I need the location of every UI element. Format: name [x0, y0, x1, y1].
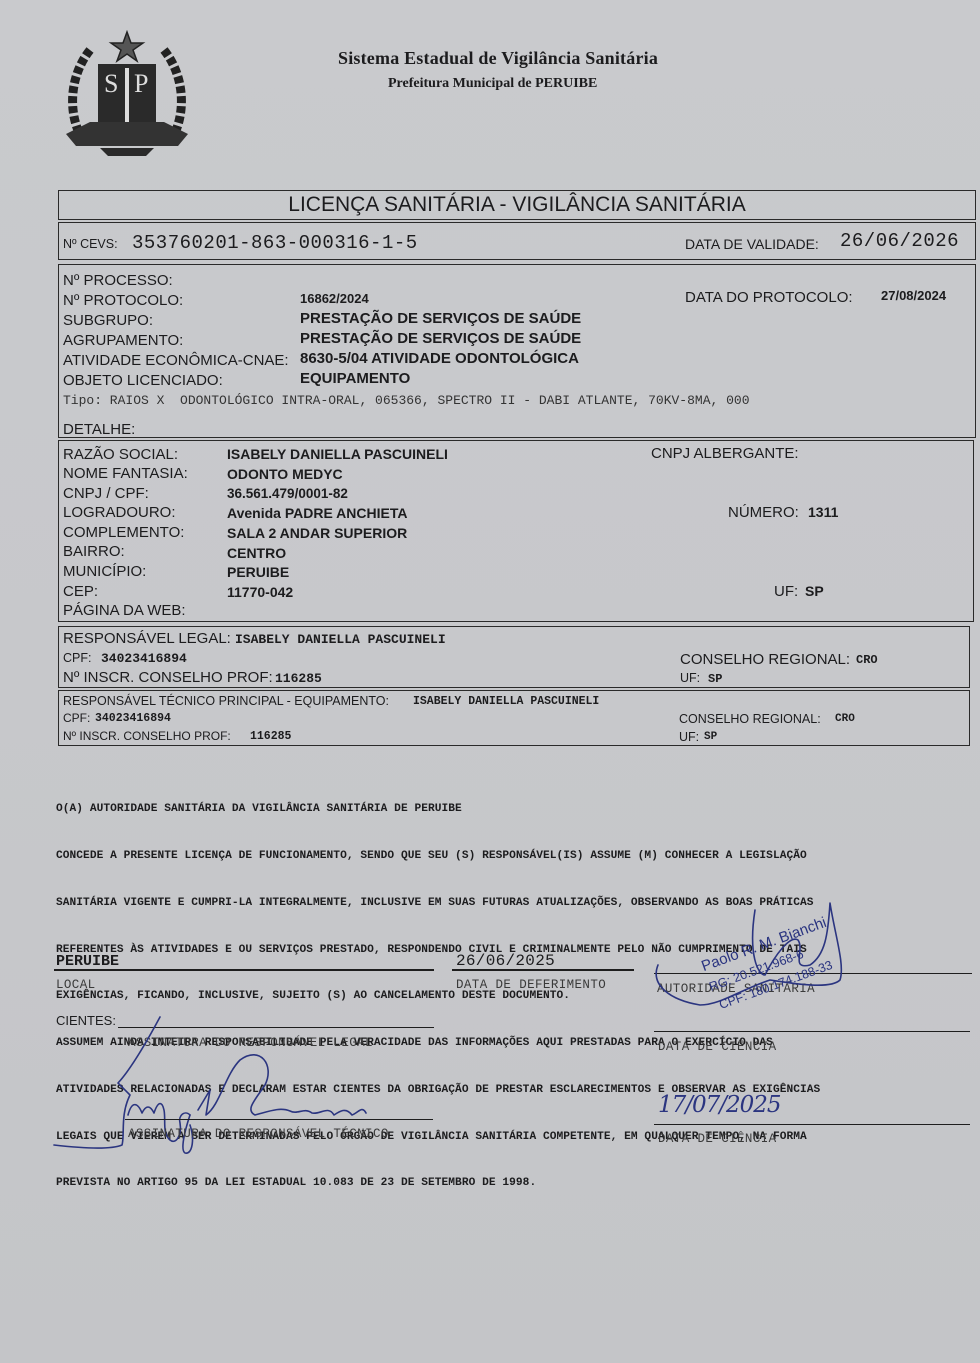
- legal-uf-label: UF:: [680, 671, 700, 685]
- cevs-box: Nº CEVS: 353760201-863-000316-1-5 DATA D…: [58, 222, 976, 260]
- ciencia-handwritten-date: 17/07/2025: [658, 1092, 781, 1118]
- legal-conselho-label: CONSELHO REGIONAL:: [680, 651, 850, 668]
- legal-conselho-value: CRO: [856, 653, 878, 667]
- legal-inscr-value: 116285: [275, 671, 322, 686]
- bairro-label: BAIRRO:: [63, 543, 125, 560]
- validity-value: 26/06/2026: [840, 230, 959, 252]
- tecnico-name: ISABELY DANIELLA PASCUINELI: [413, 695, 599, 708]
- municipality-subtitle: Prefeitura Municipal de PERUIBE: [388, 76, 597, 92]
- process-box: Nº PROCESSO: Nº PROTOCOLO: 16862/2024 DA…: [58, 264, 976, 438]
- cnpj-label: CNPJ / CPF:: [63, 485, 149, 502]
- tecnico-label: RESPONSÁVEL TÉCNICO PRINCIPAL - EQUIPAME…: [63, 694, 389, 708]
- coat-of-arms-icon: S P: [60, 30, 194, 160]
- svg-text:P: P: [134, 69, 148, 98]
- technical-signature-icon: [50, 1015, 380, 1165]
- legal-inscr-label: Nº INSCR. CONSELHO PROF:: [63, 669, 273, 686]
- tecnico-uf-value: SP: [704, 731, 717, 743]
- legal-name: ISABELY DANIELLA PASCUINELI: [235, 632, 446, 647]
- logradouro-label: LOGRADOURO:: [63, 504, 176, 521]
- ciencia-caption-2: DATA DE CIÊNCIA: [658, 1132, 777, 1146]
- cnae-value: 8630-5/04 ATIVIDADE ODONTOLÓGICA: [300, 350, 579, 367]
- fantasia-label: NOME FANTASIA:: [63, 465, 188, 482]
- complemento-label: COMPLEMENTO:: [63, 524, 184, 541]
- data-protocolo-label: DATA DO PROTOCOLO:: [685, 289, 853, 306]
- uf-value: SP: [805, 583, 824, 599]
- protocolo-label: Nº PROTOCOLO:: [63, 292, 183, 309]
- cnpj-albergante-label: CNPJ ALBERGANTE:: [651, 445, 799, 462]
- municipio-label: MUNICÍPIO:: [63, 563, 146, 580]
- legal-cpf-label: CPF:: [63, 651, 91, 665]
- numero-value: 1311: [808, 504, 838, 520]
- declaration-line: PREVISTA NO ARTIGO 95 DA LEI ESTADUAL 10…: [56, 1176, 820, 1192]
- authority-signature-icon: [640, 895, 980, 1025]
- razao-label: RAZÃO SOCIAL:: [63, 446, 178, 463]
- web-label: PÁGINA DA WEB:: [63, 602, 186, 619]
- ciencia-caption-1: DATA DE CIÊNCIA: [658, 1040, 777, 1054]
- declaration-line: O(A) AUTORIDADE SANITÁRIA DA VIGILÂNCIA …: [56, 802, 820, 818]
- local-line: [54, 969, 434, 971]
- subgrupo-value: PRESTAÇÃO DE SERVIÇOS DE SAÚDE: [300, 310, 581, 327]
- deferimento-value: 26/06/2025: [456, 952, 555, 970]
- detalhe-label: DETALHE:: [63, 421, 135, 438]
- municipio-value: PERUIBE: [227, 564, 289, 580]
- tecnico-conselho-value: CRO: [835, 713, 855, 725]
- validity-label: DATA DE VALIDADE:: [685, 236, 819, 252]
- agrupamento-value: PRESTAÇÃO DE SERVIÇOS DE SAÚDE: [300, 330, 581, 347]
- deferimento-caption: DATA DE DEFERIMENTO: [456, 978, 606, 992]
- subgrupo-label: SUBGRUPO:: [63, 312, 153, 329]
- establishment-box: RAZÃO SOCIAL: ISABELY DANIELLA PASCUINEL…: [58, 440, 974, 622]
- tecnico-inscr-label: Nº INSCR. CONSELHO PROF:: [63, 729, 231, 743]
- data-protocolo-value: 27/08/2024: [881, 288, 946, 303]
- system-title: Sistema Estadual de Vigilância Sanitária: [338, 48, 658, 69]
- fantasia-value: ODONTO MEDYC: [227, 466, 343, 482]
- license-title: LICENÇA SANITÁRIA - VIGILÂNCIA SANITÁRIA: [59, 193, 975, 217]
- deferimento-line: [452, 969, 634, 971]
- cnpj-value: 36.561.479/0001-82: [227, 486, 348, 501]
- cep-value: 11770-042: [227, 584, 293, 600]
- legal-uf-value: SP: [708, 672, 722, 686]
- tecnico-cpf-label: CPF:: [63, 711, 90, 725]
- numero-label: NÚMERO:: [728, 504, 799, 521]
- legal-label: RESPONSÁVEL LEGAL:: [63, 630, 231, 647]
- agrupamento-label: AGRUPAMENTO:: [63, 332, 183, 349]
- equipment-type: Tipo: RAIOS X ODONTOLÓGICO INTRA-ORAL, 0…: [63, 393, 750, 408]
- technical-signature-line[interactable]: [125, 1119, 433, 1120]
- protocolo-value: 16862/2024: [300, 291, 369, 306]
- cevs-label: Nº CEVS:: [63, 237, 118, 251]
- declaration-line: CONCEDE A PRESENTE LICENÇA DE FUNCIONAME…: [56, 849, 820, 865]
- bairro-value: CENTRO: [227, 545, 286, 561]
- legal-cpf-value: 34023416894: [101, 651, 187, 666]
- complemento-value: SALA 2 ANDAR SUPERIOR: [227, 525, 407, 541]
- ciencia-line-2[interactable]: [654, 1124, 970, 1125]
- technical-signature-caption: ASSINATURA DO RESPONSÁVEL TÉCNICO: [128, 1127, 389, 1141]
- technical-responsible-box: RESPONSÁVEL TÉCNICO PRINCIPAL - EQUIPAME…: [58, 690, 970, 746]
- tecnico-cpf-value: 34023416894: [95, 712, 171, 725]
- local-caption: LOCAL: [56, 978, 96, 992]
- tecnico-uf-label: UF:: [679, 730, 699, 744]
- cnae-label: ATIVIDADE ECONÔMICA-CNAE:: [63, 352, 289, 369]
- objeto-label: OBJETO LICENCIADO:: [63, 372, 223, 389]
- legal-responsible-box: RESPONSÁVEL LEGAL: ISABELY DANIELLA PASC…: [58, 626, 970, 688]
- cevs-value: 353760201-863-000316-1-5: [132, 232, 418, 254]
- logradouro-value: Avenida PADRE ANCHIETA: [227, 505, 407, 521]
- processo-label: Nº PROCESSO:: [63, 272, 173, 289]
- ciencia-line-1[interactable]: [654, 1031, 970, 1032]
- uf-label: UF:: [774, 583, 798, 600]
- tecnico-inscr-value: 116285: [250, 730, 291, 743]
- tecnico-conselho-label: CONSELHO REGIONAL:: [679, 712, 821, 726]
- cep-label: CEP:: [63, 583, 98, 600]
- svg-text:S: S: [104, 69, 118, 98]
- local-value: PERUIBE: [56, 953, 119, 970]
- license-title-box: LICENÇA SANITÁRIA - VIGILÂNCIA SANITÁRIA: [58, 190, 976, 220]
- objeto-value: EQUIPAMENTO: [300, 370, 410, 387]
- razao-value: ISABELY DANIELLA PASCUINELI: [227, 446, 448, 462]
